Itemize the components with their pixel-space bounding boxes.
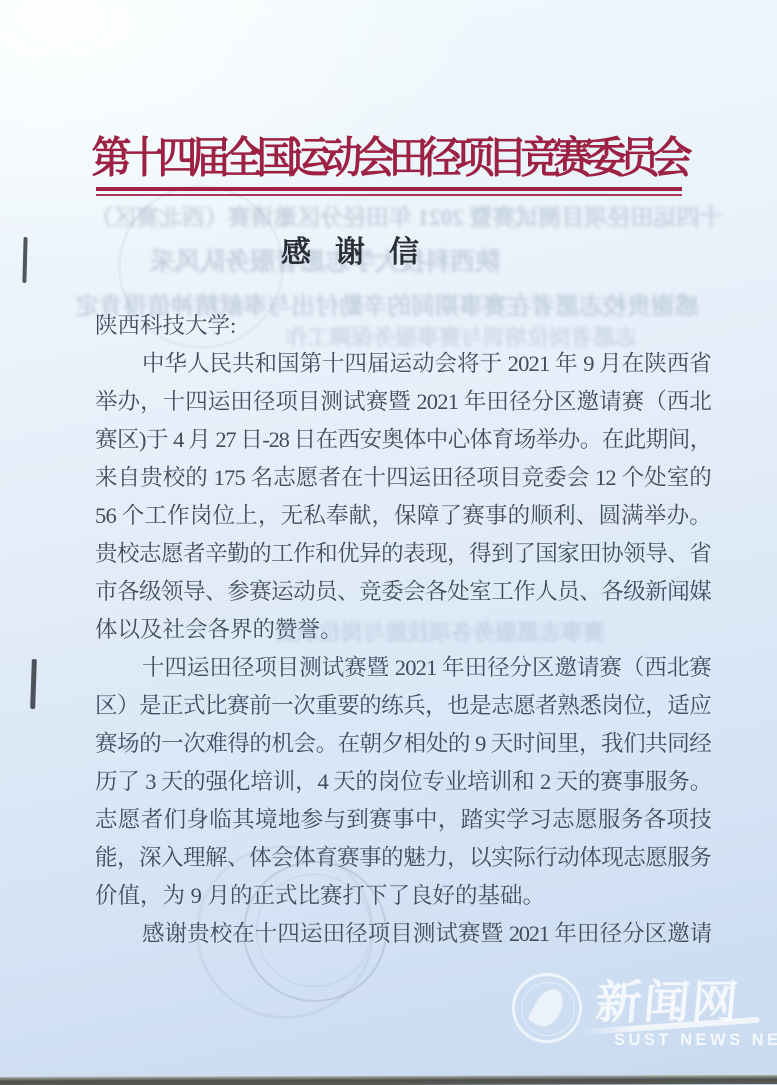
body-line: 中华人民共和国第十四届运动会将于 2021 年 9 月在陕西省 <box>95 345 711 383</box>
watermark-site-name-en: SUST NEWS NET <box>614 1031 777 1050</box>
letter-title: 感谢信 <box>281 227 443 271</box>
body-line: 市各级领导、参赛运动员、竞委会各处室工作人员、各级新闻媒 <box>95 573 711 611</box>
body-line: 赛场的一次难得的机会。在朝夕相处的 9 天时间里，我们共同经 <box>95 725 711 763</box>
body-line: 能，深入理解、体会体育赛事的魅力，以实际行动体现志愿服务 <box>95 839 711 877</box>
photo-bottom-edge <box>0 1075 777 1085</box>
body-line paragraph-end: 体以及社会各界的赞誉。 <box>95 611 711 649</box>
scanned-thank-you-letter: 十四运田径项目测试赛暨 2021 年田径分区邀请赛（西北赛区） 陕西科技大学志愿… <box>0 0 777 1085</box>
university-seal-icon <box>512 973 582 1043</box>
body-line: 历了 3 天的强化培训，4 天的岗位专业培训和 2 天的赛事服务。 <box>95 763 711 801</box>
body-line: 感谢贵校在十四运田径项目测试赛暨 2021 年田径分区邀请 <box>95 915 711 953</box>
body-line: 56 个工作岗位上，无私奉献，保障了赛事的顺利、圆满举办。 <box>95 497 711 535</box>
body-line: 贵校志愿者辛勤的工作和优异的表现，得到了国家田协领导、省 <box>95 535 711 573</box>
body-line: 举办，十四运田径项目测试赛暨 2021 年田径分区邀请赛（西北 <box>95 383 711 421</box>
body-line: 十四运田径项目测试赛暨 2021 年田径分区邀请赛（西北赛 <box>95 649 711 687</box>
salutation: 陕西科技大学: <box>95 307 711 345</box>
body-line: 志愿者们身临其境地参与到赛事中，踏实学习志愿服务各项技 <box>95 801 711 839</box>
letterhead-rule-thick <box>96 187 682 191</box>
binding-mark-bottom <box>30 659 37 709</box>
binding-mark-top <box>22 237 27 283</box>
letter-body: 陕西科技大学: 中华人民共和国第十四届运动会将于 2021 年 9 月在陕西省 … <box>95 307 711 953</box>
letterhead-rule-thin <box>96 194 682 196</box>
letterhead-committee-name: 第十四届全国运动会田径项目竞赛委员会 <box>0 124 777 186</box>
sust-news-watermark: 新闻网 SUST NEWS NET <box>512 964 768 1056</box>
body-line: 区）是正式比赛前一次重要的练兵，也是志愿者熟悉岗位，适应 <box>95 687 711 725</box>
body-line: 来自贵校的 175 名志愿者在十四运田径项目竞委会 12 个处室的 <box>95 459 711 497</box>
body-line paragraph-end: 价值，为 9 月的正式比赛打下了良好的基础。 <box>95 877 711 915</box>
body-line: 赛区)于 4 月 27 日-28 日在西安奥体中心体育场举办。在此期间， <box>95 421 711 459</box>
letterhead-double-rule <box>96 187 682 196</box>
